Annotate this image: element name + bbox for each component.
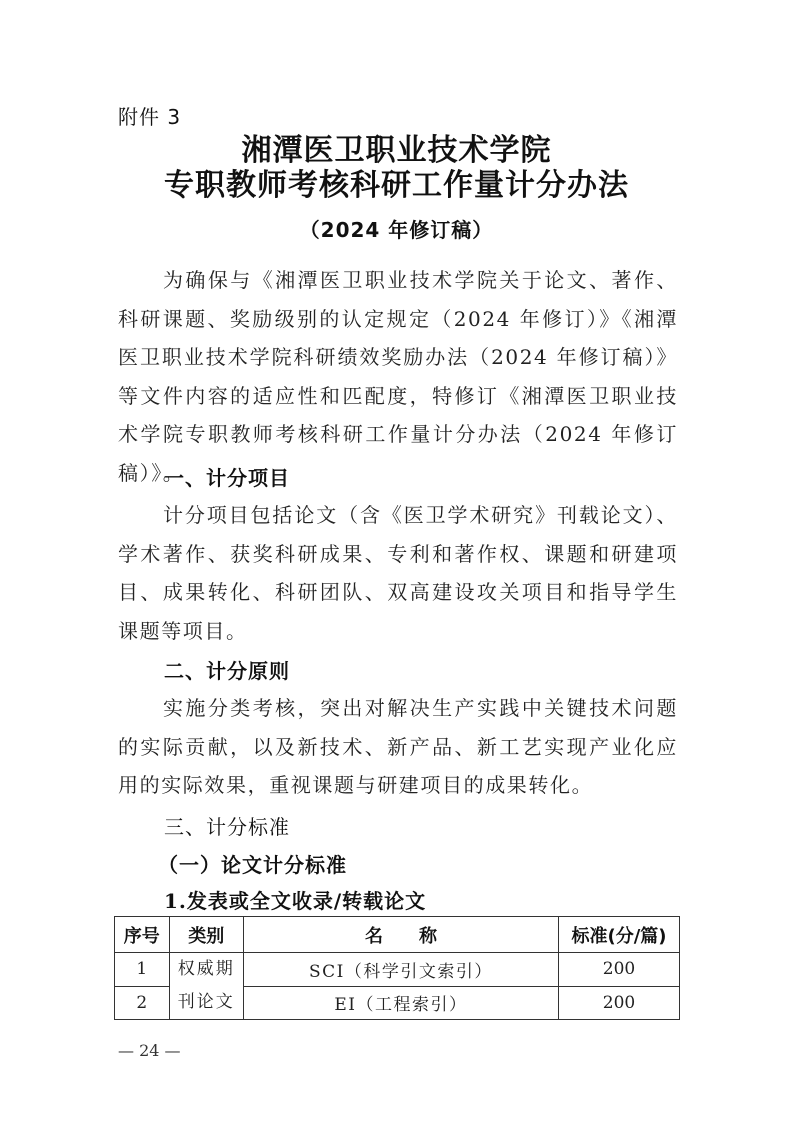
row-score: 200 [558, 953, 679, 987]
document-title-line1: 湘潭医卫职业技术学院 [0, 134, 793, 168]
document-page: 附件 3 湘潭医卫职业技术学院 专职教师考核科研工作量计分办法 （2024 年修… [0, 0, 793, 1122]
paper-score-table: 序号 类别 名 称 标准(分/篇) 1 权威期 刊论文 SCI（科学引文索引） … [114, 916, 680, 1020]
document-title-line2: 专职教师考核科研工作量计分办法 [0, 169, 793, 203]
row-serial-number: 1 [115, 953, 170, 987]
section-body-scoring-principles: 实施分类考核，突出对解决生产实践中关键技术问题的实际贡献，以及新技术、新产品、新… [118, 689, 678, 805]
section-heading-scoring-items: 一、计分项目 [164, 462, 290, 491]
intro-paragraph: 为确保与《湘潭医卫职业技术学院关于论文、著作、科研课题、奖励级别的认定规定（20… [118, 261, 678, 493]
category-line2: 刊论文 [170, 986, 243, 1019]
annex-label: 附件 3 [118, 101, 181, 130]
section-body-scoring-items: 计分项目包括论文（含《医卫学术研究》刊载论文）、学术著作、获奖科研成果、专利和著… [118, 496, 678, 650]
category-line1: 权威期 [170, 953, 243, 986]
row-score: 200 [558, 986, 679, 1020]
row-serial-number: 2 [115, 986, 170, 1020]
header-score-standard: 标准(分/篇) [558, 917, 679, 953]
section-heading-scoring-principles: 二、计分原则 [164, 655, 290, 684]
table-row: 1 权威期 刊论文 SCI（科学引文索引） 200 [115, 953, 680, 987]
header-category: 类别 [169, 917, 243, 953]
subsubsection-heading-published-papers: 1.发表或全文收录/转载论文 [164, 885, 426, 914]
row-category: 权威期 刊论文 [169, 953, 243, 1020]
row-name: EI（工程索引） [243, 986, 558, 1020]
section-heading-scoring-standards: 三、计分标准 [164, 811, 290, 840]
document-subtitle: （2024 年修订稿） [0, 214, 793, 243]
row-name: SCI（科学引文索引） [243, 953, 558, 987]
header-serial-number: 序号 [115, 917, 170, 953]
page-number: — 24 — [118, 1041, 181, 1060]
subsection-heading-paper-standards: （一）论文计分标准 [158, 849, 347, 878]
header-name: 名 称 [243, 917, 558, 953]
table-header-row: 序号 类别 名 称 标准(分/篇) [115, 917, 680, 953]
